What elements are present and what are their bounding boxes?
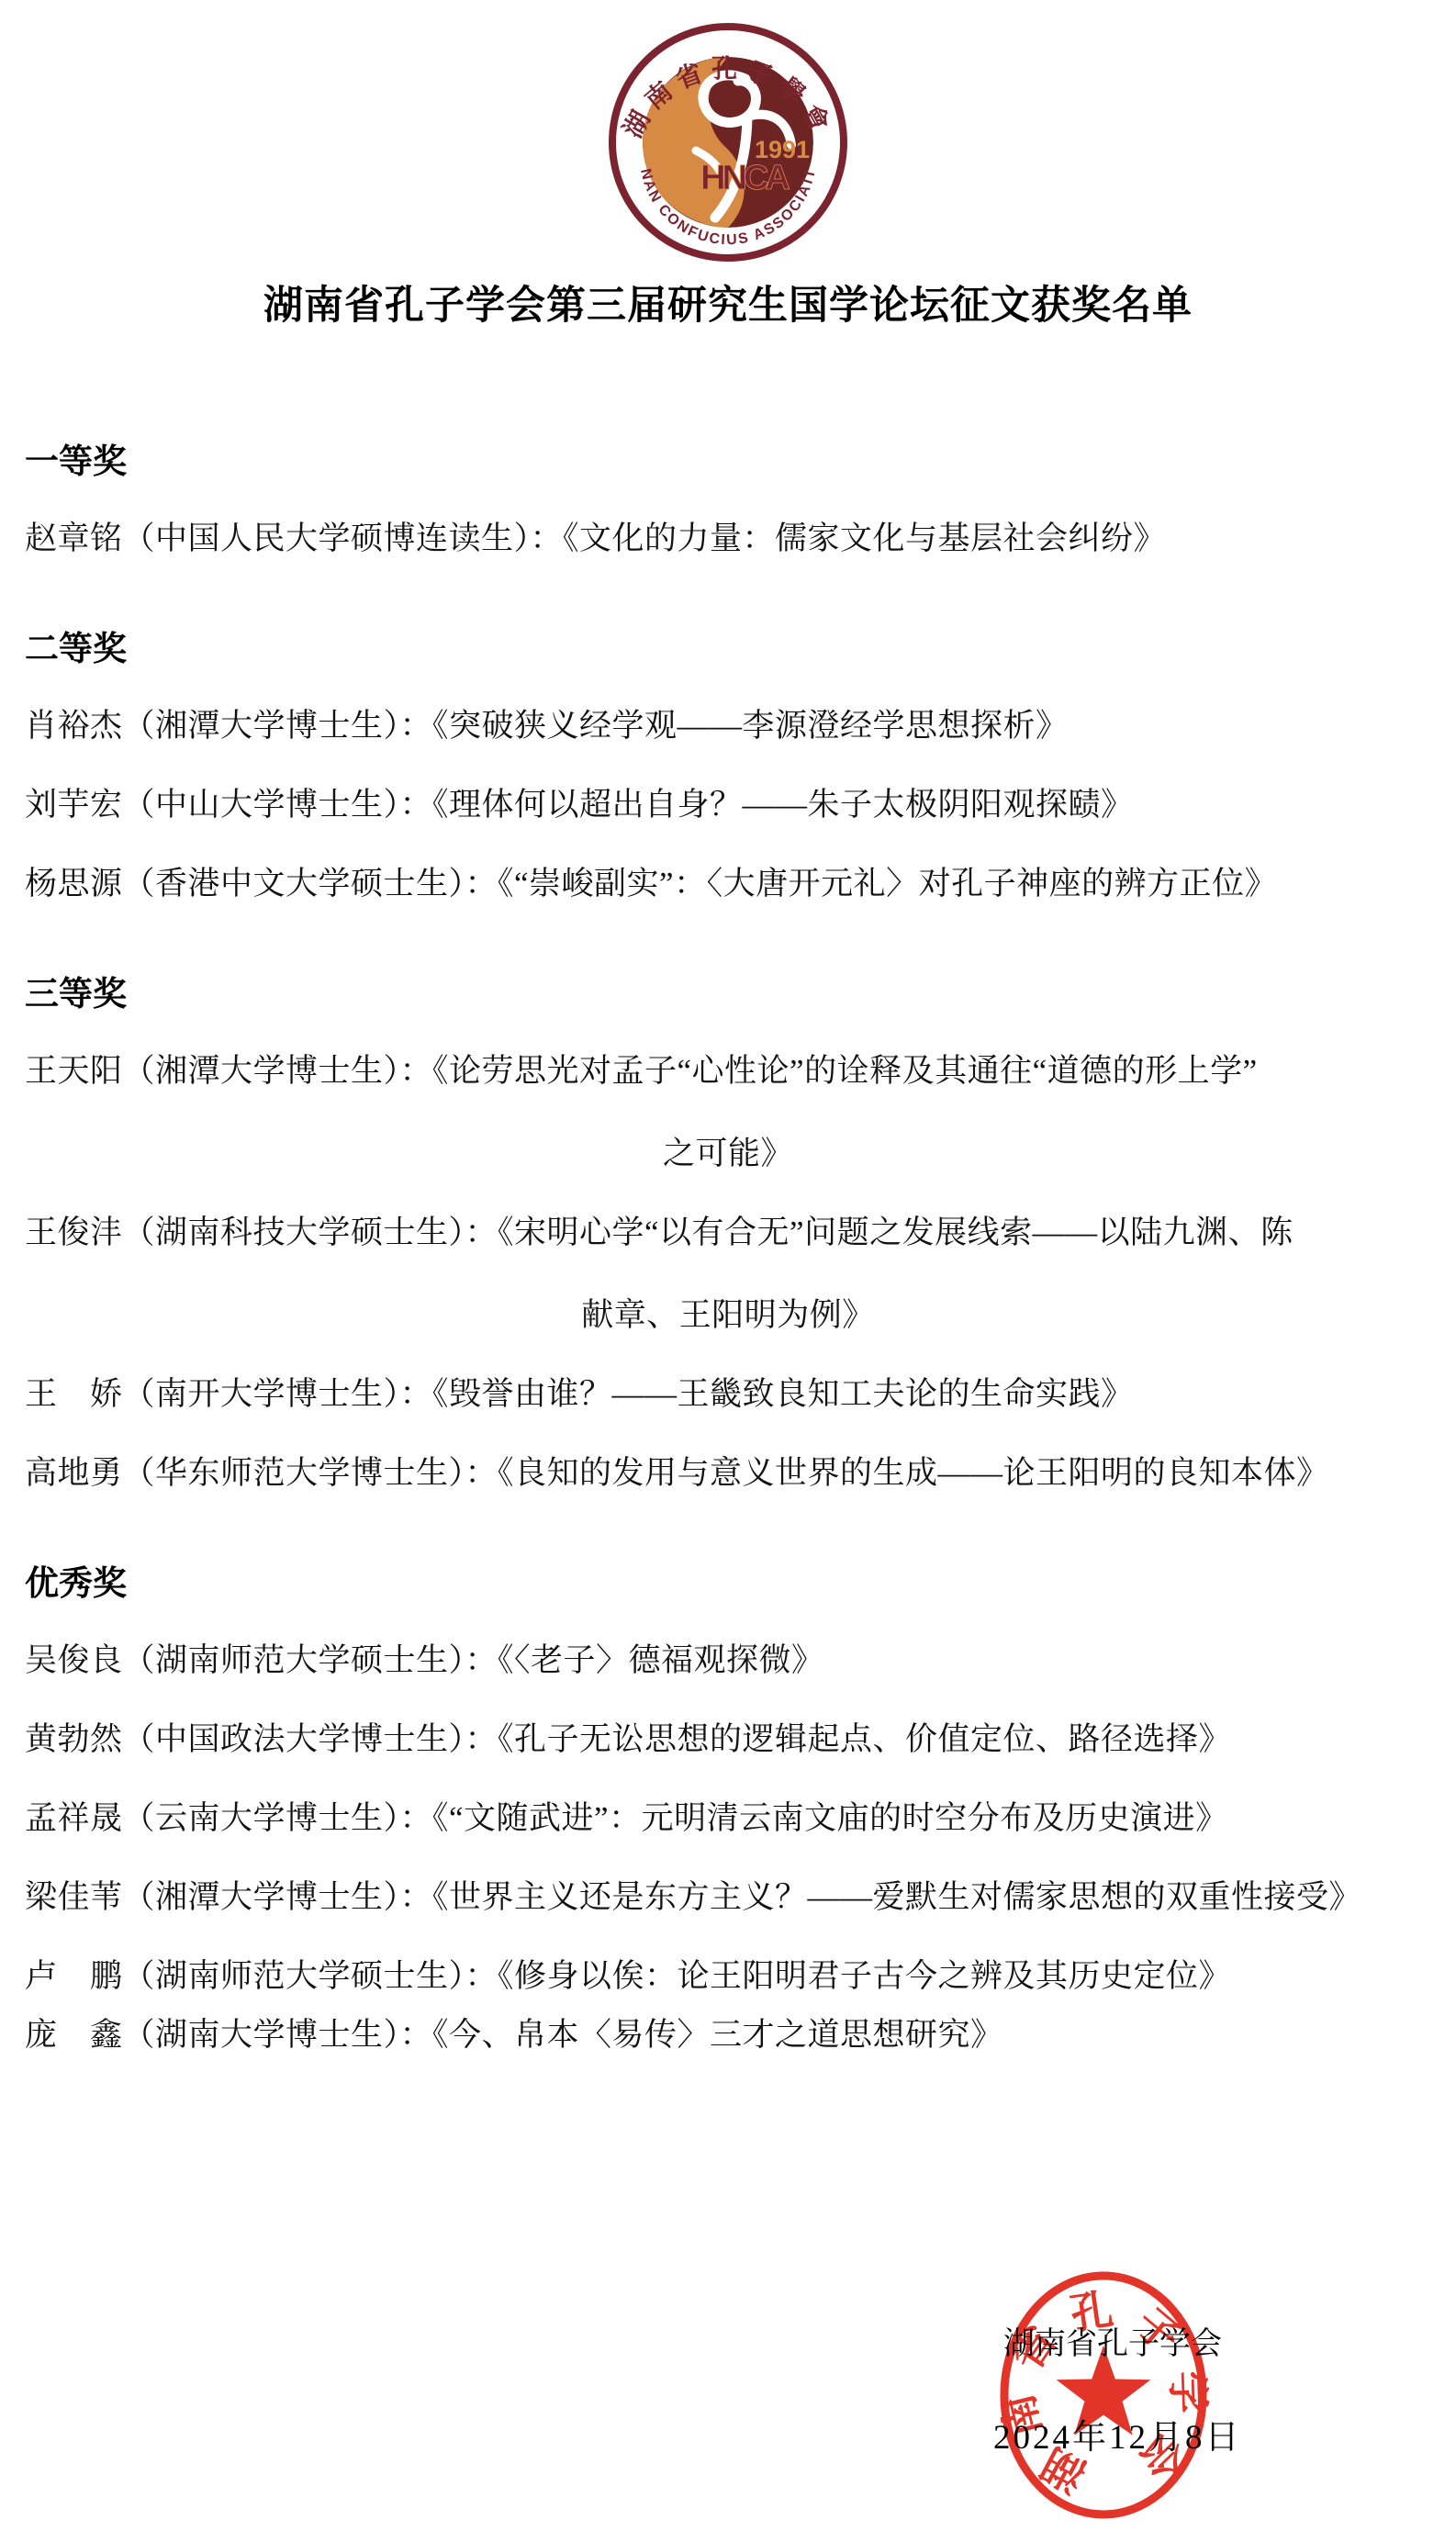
award-entry-text: 庞 鑫（湖南大学博士生）：《今、帛本〈易传〉三才之道思想研究》 [25, 2013, 1431, 2057]
association-logo-image: 1991 HNCA 湖南省孔子學會 HUNAN CONFUCIUS ASSOCI… [608, 22, 848, 263]
signature-organization: 湖南省孔子学会 [1003, 2324, 1222, 2365]
page-title: 湖南省孔子学会第三届研究生国学论坛征文获奖名单 [0, 282, 1456, 330]
award-entry: 梁佳苇（湘潭大学博士生）：《世界主义还是东方主义？——爱默生对儒家思想的双重性接… [25, 1876, 1431, 1920]
award-entry-text-continued: 献章、王阳明为例》 [25, 1293, 1431, 1338]
award-entry: 杨思源（香港中文大学硕士生）：《“崇峻副实”：〈大唐开元礼〉对孔子神座的辨方正位… [25, 862, 1431, 906]
award-entry: 刘芋宏（中山大学博士生）：《理体何以超出自身？——朱子太极阴阳观探赜》 [25, 783, 1431, 827]
signature-date: 2024年12月8日 [993, 2416, 1242, 2460]
svg-text:学: 学 [1163, 2370, 1212, 2414]
award-entry: 赵章铭（中国人民大学硕博连读生）：《文化的力量：儒家文化与基层社会纠纷》 [25, 517, 1431, 561]
award-entry: 孟祥晟（云南大学博士生）：《“文随武进”：元明清云南文庙的时空分布及历史演进》 [25, 1797, 1431, 1841]
award-heading-third-prize: 三等奖 [25, 972, 1431, 1016]
award-heading-first-prize: 一等奖 [25, 440, 1431, 484]
award-entry-text: 吴俊良（湖南师范大学硕士生）：《〈老子〉德福观探微》 [25, 1639, 1431, 1683]
red-seal-stamp: 湖南省孔子学会 [990, 2254, 1217, 2536]
award-entry: 肖裕杰（湘潭大学博士生）：《突破狭义经学观——李源澄经学思想探析》 [25, 704, 1431, 748]
award-entry: 王天阳（湘潭大学博士生）：《论劳思光对孟子“心性论”的诠释及其通往“道德的形上学… [25, 1049, 1431, 1176]
award-entry-text: 王天阳（湘潭大学博士生）：《论劳思光对孟子“心性论”的诠释及其通往“道德的形上学… [25, 1049, 1431, 1093]
award-entry-text: 梁佳苇（湘潭大学博士生）：《世界主义还是东方主义？——爱默生对儒家思想的双重性接… [25, 1876, 1431, 1920]
seal-ring [1004, 2276, 1203, 2514]
award-entry: 黄勃然（中国政法大学博士生）：《孔子无讼思想的逻辑起点、价值定位、路径选择》 [25, 1718, 1431, 1762]
award-entry: 庞 鑫（湖南大学博士生）：《今、帛本〈易传〉三才之道思想研究》 [25, 2013, 1431, 2057]
award-entry-text: 肖裕杰（湘潭大学博士生）：《突破狭义经学观——李源澄经学思想探析》 [25, 704, 1431, 748]
award-entry-text: 王 娇（南开大学博士生）：《毁誉由谁？——王畿致良知工夫论的生命实践》 [25, 1372, 1431, 1417]
association-logo: 1991 HNCA 湖南省孔子學會 HUNAN CONFUCIUS ASSOCI… [608, 22, 848, 267]
award-entry-text: 杨思源（香港中文大学硕士生）：《“崇峻副实”：〈大唐开元礼〉对孔子神座的辨方正位… [25, 862, 1431, 906]
award-heading-second-prize: 二等奖 [25, 627, 1431, 671]
award-entry: 王俊沣（湖南科技大学硕士生）：《宋明心学“以有合无”问题之发展线索——以陆九渊、… [25, 1211, 1431, 1338]
award-entry-text: 卢 鹏（湖南师范大学硕士生）：《修身以俟：论王阳明君子古今之辨及其历史定位》 [25, 1954, 1431, 1999]
document-page: 1991 HNCA 湖南省孔子學會 HUNAN CONFUCIUS ASSOCI… [0, 0, 1456, 2542]
award-entry-text-continued: 之可能》 [25, 1132, 1431, 1176]
award-entry-text: 刘芋宏（中山大学博士生）：《理体何以超出自身？——朱子太极阴阳观探赜》 [25, 783, 1431, 827]
award-entry: 吴俊良（湖南师范大学硕士生）：《〈老子〉德福观探微》 [25, 1639, 1431, 1683]
award-entry: 王 娇（南开大学博士生）：《毁誉由谁？——王畿致良知工夫论的生命实践》 [25, 1372, 1431, 1417]
seal-ring-text: 湖南省孔子学会 [994, 2286, 1212, 2500]
award-entry-text: 孟祥晟（云南大学博士生）：《“文随武进”：元明清云南文庙的时空分布及历史演进》 [25, 1797, 1431, 1841]
award-entry-text: 黄勃然（中国政法大学博士生）：《孔子无讼思想的逻辑起点、价值定位、路径选择》 [25, 1718, 1431, 1762]
award-heading-excellence-prize: 优秀奖 [25, 1562, 1431, 1606]
award-entry: 高地勇（华东师范大学博士生）：《良知的发用与意义世界的生成——论王阳明的良知本体… [25, 1451, 1431, 1495]
award-entry: 卢 鹏（湖南师范大学硕士生）：《修身以俟：论王阳明君子古今之辨及其历史定位》 [25, 1954, 1431, 1999]
logo-acronym: HNCA [700, 159, 790, 197]
award-entry-text: 王俊沣（湖南科技大学硕士生）：《宋明心学“以有合无”问题之发展线索——以陆九渊、… [25, 1211, 1431, 1255]
award-list: 一等奖 赵章铭（中国人民大学硕博连读生）：《文化的力量：儒家文化与基层社会纠纷》… [0, 440, 1456, 2057]
award-entry-text: 赵章铭（中国人民大学硕博连读生）：《文化的力量：儒家文化与基层社会纠纷》 [25, 517, 1431, 561]
award-entry-text: 高地勇（华东师范大学博士生）：《良知的发用与意义世界的生成——论王阳明的良知本体… [25, 1451, 1431, 1495]
